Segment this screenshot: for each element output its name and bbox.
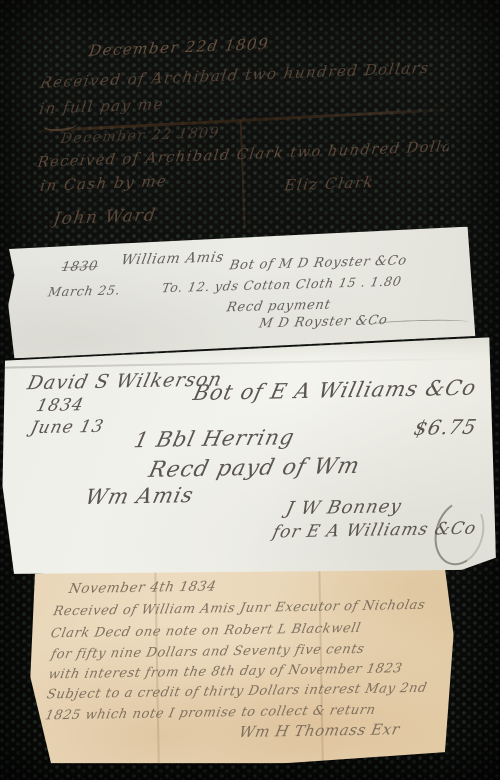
- note-1834-body-line-3: for fifty nine Dollars and Seventy five …: [50, 642, 366, 663]
- receipt-1830-item-line: To. 12. yds Cotton Cloth 15 . 1.80: [161, 273, 403, 295]
- bill-1834-received-line-2: Wm Amis: [83, 483, 196, 509]
- fold-crease: [0, 357, 492, 368]
- note-1834-body-line-5: Subject to a credit of thirty Dollars in…: [45, 681, 428, 703]
- receipt-1830-buyer-name: William Amis: [120, 249, 226, 268]
- receipt-1809: December 22d 1809 Received of Archibald …: [28, 12, 454, 250]
- bill-1834-signature: J W Bonney: [284, 496, 404, 519]
- note-1834-body-line-2: Clark Decd one note on Robert L Blackwel…: [49, 621, 362, 641]
- receipt-1809-body-line-4: in Cash by me: [39, 172, 169, 195]
- receipt-1830: 1830 William Amis Bot of M D Royster &Co…: [6, 227, 475, 359]
- note-1834-body-line-4: with interest from the 8th day of Novemb…: [47, 661, 404, 682]
- receipt-1830-received-payment: Recd payment: [225, 297, 332, 315]
- receipt-1830-date: March 25.: [47, 282, 122, 299]
- signature-flourish: [427, 494, 492, 571]
- note-1834-body-line-1: Received of William Amis Junr Executor o…: [52, 598, 427, 620]
- receipt-1809-signature-ward: John Ward: [52, 205, 158, 229]
- receipt-1830-year: 1830: [60, 259, 99, 275]
- bill-1834-received-line-1: Recd payd of Wm: [146, 454, 362, 483]
- receipt-1809-signature-clark: Eliz Clark: [283, 173, 375, 195]
- photo-of-receipts: December 22d 1809 Received of Archibald …: [0, 0, 500, 780]
- bill-1834-amount: $6.75: [412, 415, 480, 440]
- receipt-1809-date-line: December 22d 1809: [88, 35, 270, 60]
- bill-1834-date: June 13: [29, 417, 106, 438]
- bill-1834: David S Wilkerson 1834 June 13 Bot of E …: [0, 337, 496, 578]
- note-1834-date-line: November 4th 1834: [67, 578, 217, 597]
- receipt-1809-body-line-1: Received of Archibald two hundred Dollar…: [39, 59, 431, 92]
- receipt-1830-seller-line: Bot of M D Royster &Co: [228, 253, 408, 273]
- note-1834-body-line-6: 1825 which note I promise to collect & r…: [44, 703, 377, 724]
- note-1834-signature: Wm H Thomass Exr: [238, 720, 402, 741]
- bill-1834-seller-line: Bot of E A Williams &Co: [191, 376, 479, 406]
- receipt-1809-body-line-2: in full pay me: [38, 95, 165, 118]
- bill-1834-item: 1 Bbl Herring: [132, 425, 297, 452]
- receipt-1830-signature: M D Royster &Co: [258, 313, 389, 332]
- vertical-crease: [240, 120, 247, 242]
- note-november-1834: November 4th 1834 Received of William Am…: [26, 556, 456, 769]
- bill-1834-year: 1834: [34, 395, 86, 416]
